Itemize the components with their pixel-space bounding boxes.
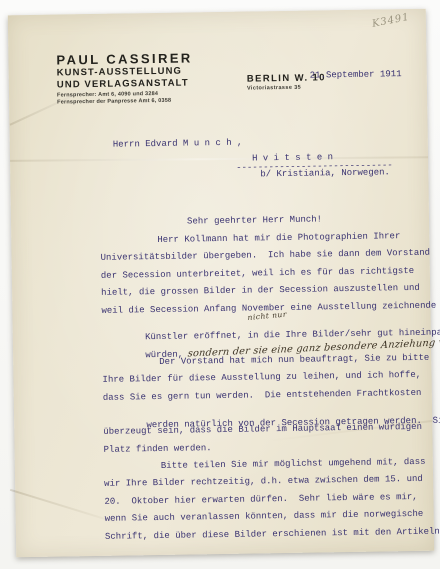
letter-body: Herr Kollmann hat mir die Photographien … bbox=[100, 231, 440, 549]
letter-date: 21.September 1911 bbox=[310, 69, 402, 80]
scanned-letter-background: PAUL CASSIRER KUNST-AUSSTELLUNG UND VERL… bbox=[0, 0, 440, 569]
salutation: Sehr geehrter Herr Munch! bbox=[187, 214, 322, 226]
sender-street: Victoriastrasse 35 bbox=[247, 84, 326, 91]
handwritten-insertion: nicht nur bbox=[247, 310, 287, 322]
letterhead: PAUL CASSIRER KUNST-AUSSTELLUNG UND VERL… bbox=[56, 50, 193, 105]
letter-paper: PAUL CASSIRER KUNST-AUSSTELLUNG UND VERL… bbox=[8, 9, 434, 557]
archive-pencil-mark: K3491 bbox=[371, 12, 410, 30]
recipient-region: b/ Kristiania, Norwegen. bbox=[260, 167, 390, 179]
letterhead-telephone-2: Fernsprecher der Panpresse Amt 6, 0358 bbox=[57, 97, 193, 106]
recipient-name: Herrn Edvard M u n c h , bbox=[113, 138, 243, 150]
letterhead-line3: UND VERLAGSANSTALT bbox=[57, 77, 193, 91]
